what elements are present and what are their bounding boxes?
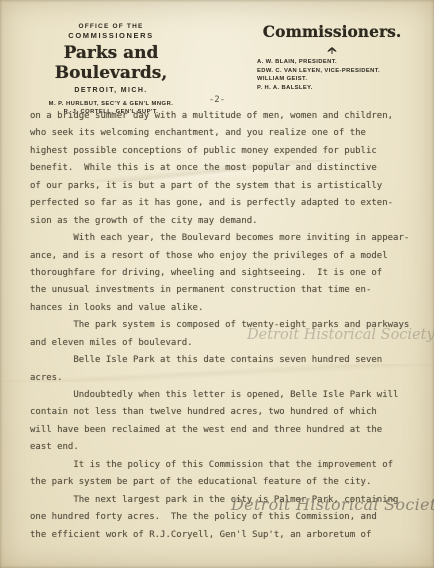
typed-line: the unusual investments in permanent con… [30,282,412,299]
typed-line: sion as the growth of the city may deman… [30,213,412,230]
page-number: -2- [0,95,434,105]
commissioner-line: P. H. A. BALSLEY. [257,84,421,93]
typed-line: the efficient work of R.J.Coryell, Gen'l… [30,527,412,544]
typed-line: who seek its welcoming enchantment, and … [30,125,412,142]
typed-line: The park system is composed of twenty-ei… [30,317,412,334]
typed-line: The next largest park in the city is Pal… [30,492,412,509]
typed-line: Undoubtedly when this letter is opened, … [30,387,412,404]
organization-name: Parks and Boulevards, [16,43,206,83]
typed-line: the park system be part of the education… [30,474,412,491]
typed-line: contain not less than twelve hundred acr… [30,404,412,421]
typed-line: and eleven miles of boulevard. [30,335,412,352]
commissioner-line: WILLIAM GEIST. [257,75,421,84]
typed-line: acres. [30,370,412,387]
commissioners-title: Commissioners. [243,22,421,42]
office-line: COMMISSIONERS [16,31,206,41]
letter-page: OFFICE OF THE COMMISSIONERS Parks and Bo… [0,0,434,568]
typed-line: on a bridge summer day with a multitude … [30,108,412,125]
typed-line: Belle Isle Park at this date contains se… [30,352,412,369]
commissioner-line: A. W. BLAIN, PRESIDENT. [257,58,421,67]
letter-body: on a bridge summer day with a multitude … [30,108,412,544]
commissioner-line: EDW. C. VAN LEYEN, VICE-PRESIDENT. [257,67,421,76]
typed-line: ance, and is a resort of those who enjoy… [30,248,412,265]
typed-line: It is the policy of this Commission that… [30,457,412,474]
typed-line: highest possible conceptions of public m… [30,143,412,160]
fleuron-ornament-icon [326,46,338,55]
office-line: OFFICE OF THE [16,22,206,31]
typed-line: With each year, the Boulevard becomes mo… [30,230,412,247]
typed-line: will have been reclaimed at the west end… [30,422,412,439]
typed-line: benefit. While this is at once the most … [30,160,412,177]
typed-line: one hundred forty acres. The the policy … [30,509,412,526]
typed-line: of our parks, it is but a part of the sy… [30,178,412,195]
typed-line: hances in looks and value alike. [30,300,412,317]
typed-line: thoroughfare for driving, wheeling and s… [30,265,412,282]
letterhead-right: Commissioners. A. W. BLAIN, PRESIDENT. E… [243,22,421,92]
typed-line: east end. [30,439,412,456]
typed-line: perfected so far as it has gone, and is … [30,195,412,212]
